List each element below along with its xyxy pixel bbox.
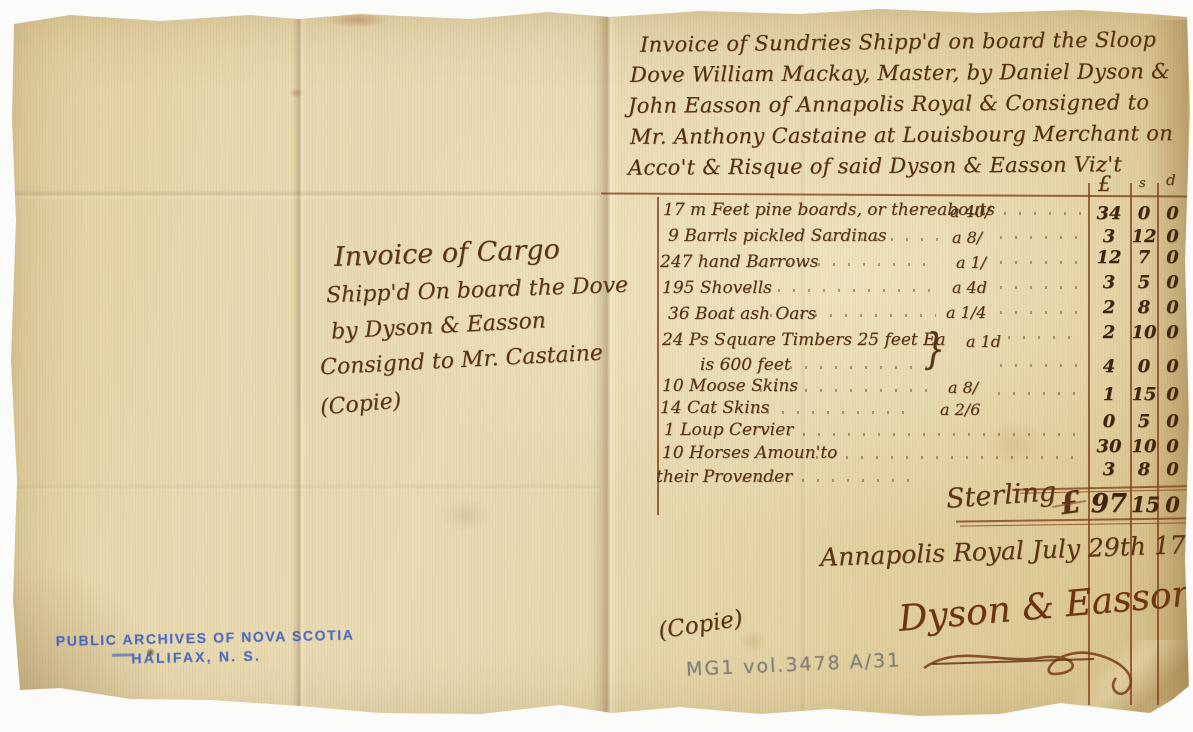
- right-copy-note: (Copie): [656, 606, 744, 645]
- archive-stamp: PUBLIC ARCHIVES OF NOVA SCOTIA HALIFAX, …: [56, 627, 337, 668]
- row-rate: a 2/6: [940, 400, 980, 419]
- invoice-row-item: 17 m Feet pine boards, or thereabouts: [663, 200, 995, 220]
- ink-spot: [146, 648, 155, 657]
- archive-stamp-line2: HALIFAX, N. S.: [56, 646, 336, 668]
- leader-dots: [770, 314, 936, 317]
- amount-shillings: 0: [1131, 203, 1157, 224]
- invoice-row-item: 195 Shovells: [662, 278, 772, 298]
- amount-pence: 0: [1159, 411, 1186, 432]
- left-copy-note: (Copie): [319, 389, 402, 421]
- archive-stamp-line1: PUBLIC ARCHIVES OF NOVA SCOTIA: [56, 627, 336, 649]
- amount-shillings: 10: [1131, 436, 1157, 457]
- total-top-rule: [1012, 485, 1188, 490]
- amount-pence: 0: [1159, 226, 1186, 247]
- invoice-header-line: Mr. Anthony Castaine at Louisbourg Merch…: [630, 121, 1173, 149]
- pence-column-rule: [1157, 183, 1159, 705]
- amount-pounds: 3: [1089, 272, 1129, 293]
- amount-pence: 0: [1159, 203, 1186, 224]
- amount-shillings: 5: [1131, 411, 1157, 432]
- row-amount: 3 5 0: [1089, 272, 1186, 294]
- row-amount: 0 5 0: [1089, 411, 1186, 433]
- stain: [325, 12, 389, 28]
- horizontal-crease-upper: [8, 190, 600, 200]
- stain: [290, 88, 304, 98]
- vertical-fold-center: [592, 0, 622, 732]
- amount-shillings: 7: [1131, 247, 1157, 268]
- leader-dots: [758, 263, 938, 266]
- row-rate: a 8/: [948, 378, 978, 397]
- row-rate: a 8/: [952, 228, 982, 247]
- amount-pounds: 34: [1089, 203, 1129, 224]
- amount-pence: 0: [1159, 356, 1186, 377]
- leader-dots: [1004, 212, 1082, 215]
- total-bottom-rule2: [960, 522, 1188, 527]
- document-scan: Invoice of Cargo Shipp'd On board the Do…: [0, 0, 1193, 732]
- row-amount: 2 8 0: [1089, 297, 1186, 319]
- horizontal-crease-lower: [8, 483, 600, 492]
- total-bottom-rule: [956, 517, 1188, 522]
- invoice-row-item: 9 Barrls pickled Sardinas: [668, 226, 887, 246]
- dateline: Annapolis Royal July 29th 1754: [820, 529, 1193, 572]
- amount-pounds: 2: [1089, 297, 1129, 318]
- total-currency-symbol: £: [1058, 485, 1084, 523]
- row-amount: 3 8 0: [1089, 459, 1186, 481]
- amount-pounds: 3: [1089, 226, 1129, 247]
- shillings-header: s: [1139, 176, 1146, 191]
- invoice-header-line: Invoice of Sundries Shipp'd on board the…: [640, 27, 1156, 56]
- invoice-row-item: is 600 feet: [700, 355, 791, 375]
- invoice-row-item: 247 hand Barrows: [660, 252, 819, 272]
- invoice-row-item: 24 Ps Square Timbers 25 feet Ea: [662, 330, 946, 350]
- row-rate: a 4d: [952, 278, 987, 297]
- pence-header: d: [1166, 171, 1176, 189]
- amount-shillings: 12: [1131, 226, 1157, 247]
- stamp-dash: [112, 653, 134, 656]
- leader-dots: [998, 392, 1082, 395]
- invoice-row-item: 14 Cat Skins: [660, 398, 769, 418]
- pounds-header: £: [1098, 172, 1111, 196]
- amount-pounds: 2: [1089, 322, 1129, 343]
- total-shillings: 15: [1131, 492, 1157, 517]
- leader-dots: [752, 411, 912, 414]
- row-amount: 1 15 0: [1089, 384, 1186, 406]
- paper-sheet: Invoice of Cargo Shipp'd On board the Do…: [0, 0, 1193, 732]
- signature-flourish: [918, 634, 1188, 700]
- invoice-header-line: Acco't & Risque of said Dyson & Easson V…: [628, 152, 1122, 179]
- amount-shillings: 8: [1131, 297, 1157, 318]
- vertical-crease-right: [799, 60, 809, 732]
- total-top-rule2: [1020, 489, 1188, 494]
- total-amount: 97 15 0: [1089, 489, 1186, 511]
- leader-dots: [1008, 336, 1082, 339]
- amount-pence: 0: [1159, 297, 1186, 318]
- leader-dots: [748, 289, 938, 292]
- amount-pounds: 3: [1089, 459, 1129, 480]
- invoice-row-item: 1 Loup Cervier: [664, 420, 793, 440]
- leader-dots: [1000, 286, 1082, 289]
- row-rate: a 1/: [956, 253, 986, 272]
- catalog-note: MG1 vol.3478 A/31: [686, 649, 902, 680]
- shillings-column-rule: [1130, 183, 1132, 705]
- amount-pence: 0: [1159, 322, 1186, 343]
- total-pence: 0: [1159, 492, 1186, 517]
- invoice-row-item: 10 Horses Amoun'to: [662, 443, 837, 463]
- leader-dots: [1000, 236, 1082, 239]
- left-page-line: Shipp'd On board the Dove: [326, 273, 629, 309]
- amount-shillings: 15: [1131, 384, 1157, 405]
- row-amount: 2 10 0: [1089, 322, 1186, 344]
- row-amount: 3 12 0: [1089, 226, 1186, 248]
- amount-pounds: 12: [1089, 247, 1129, 268]
- leader-dots: [790, 366, 940, 369]
- currency-strike: [1052, 500, 1086, 507]
- pounds-column-rule: [1088, 183, 1090, 705]
- invoice-row-item: their Provender: [656, 467, 792, 487]
- leader-dots: [788, 433, 1082, 436]
- table-top-rule: [601, 192, 1188, 197]
- stain: [738, 630, 768, 652]
- leader-dots: [742, 479, 922, 482]
- timber-brace: }: [924, 324, 945, 373]
- stain: [985, 420, 1045, 468]
- row-rate: a 1/4: [946, 303, 986, 322]
- amount-pounds: 1: [1089, 384, 1129, 405]
- vertical-fold-left: [292, 0, 306, 732]
- invoice-row-item: 36 Boat ash Oars: [668, 304, 816, 324]
- leader-dots: [1000, 364, 1082, 367]
- row-amount: 12 7 0: [1089, 247, 1186, 269]
- row-rate: a 40/: [950, 202, 990, 221]
- leader-dots: [1000, 311, 1082, 314]
- amount-shillings: 0: [1131, 356, 1157, 377]
- total-label: Sterling: [945, 476, 1057, 515]
- leader-dots: [1000, 261, 1082, 264]
- amount-pounds: 4: [1089, 356, 1129, 377]
- bottom-left-corner-shading: [10, 560, 170, 710]
- item-column-rule: [657, 197, 659, 515]
- amount-pence: 0: [1159, 272, 1186, 293]
- amount-pence: 0: [1159, 247, 1186, 268]
- amount-pence: 0: [1159, 459, 1186, 480]
- left-page-title: Invoice of Cargo: [334, 234, 561, 273]
- amount-pence: 0: [1159, 384, 1186, 405]
- invoice-row-item: 10 Moose Skins: [662, 376, 798, 396]
- amount-pounds: 0: [1089, 411, 1129, 432]
- leader-dots: [816, 238, 942, 241]
- leader-dots: [816, 456, 1082, 459]
- row-amount: 34 0 0: [1089, 203, 1186, 225]
- right-edge-shading: [1146, 20, 1188, 700]
- amount-shillings: 10: [1131, 322, 1157, 343]
- amount-shillings: 8: [1131, 459, 1157, 480]
- row-amount: 30 10 0: [1089, 436, 1186, 458]
- amount-shillings: 5: [1131, 272, 1157, 293]
- total-pounds: 97: [1089, 489, 1129, 519]
- row-rate: a 1d: [966, 332, 1001, 351]
- amount-pence: 0: [1159, 436, 1186, 457]
- stain: [440, 498, 492, 532]
- amount-pounds: 30: [1089, 436, 1129, 457]
- left-page-line: by Dyson & Easson: [330, 308, 546, 344]
- row-amount: 4 0 0: [1089, 356, 1186, 378]
- invoice-header-line: John Easson of Annapolis Royal & Consign…: [628, 90, 1149, 118]
- leader-dots: [760, 389, 932, 392]
- signature: Dyson & Easson: [897, 573, 1193, 640]
- bottom-right-fold: [1030, 640, 1190, 720]
- left-page-line: Consignd to Mr. Castaine: [320, 341, 604, 381]
- invoice-header-line: Dove William Mackay, Master, by Daniel D…: [630, 59, 1170, 87]
